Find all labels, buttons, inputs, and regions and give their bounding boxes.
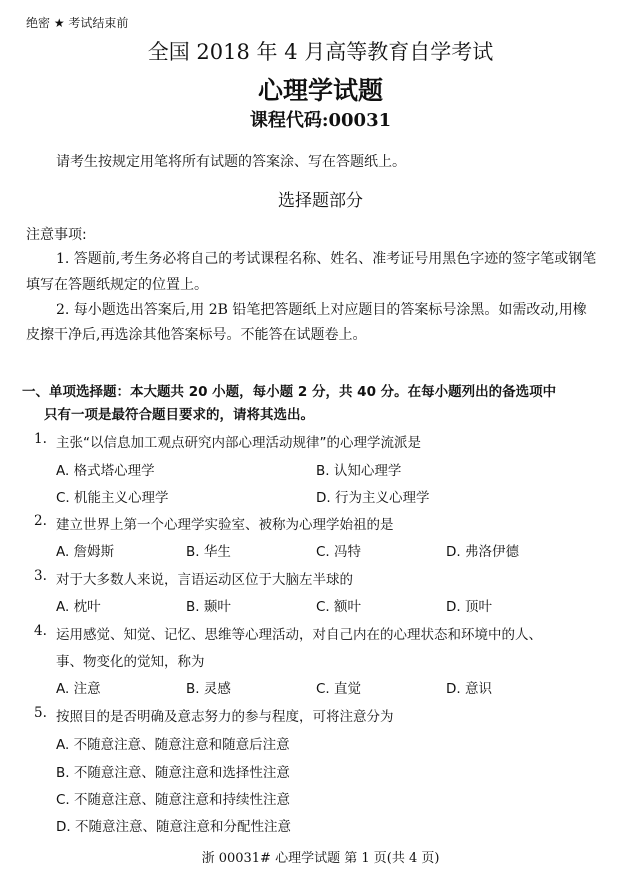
question-2-option-a: A. 詹姆斯 [56,540,114,560]
question-5-option-c: C. 不随意注意、随意注意和持续性注意 [56,788,290,808]
question-2-text: 建立世界上第一个心理学实验室、被称为心理学始祖的是 [56,513,394,533]
question-1-option-c: C. 机能主义心理学 [56,486,169,506]
question-5-option-b: B. 不随意注意、随意注意和选择性注意 [56,761,290,781]
question-4-number: 4. [34,623,47,639]
question-2-option-d: D. 弗洛伊德 [446,540,519,560]
note-2-line-1: 2. 每小题选出答案后,用 2B 铅笔把答题纸上对应题目的答案标号涂黑。如需改动… [56,299,587,319]
question-2-option-b: B. 华生 [186,540,231,560]
question-4-option-c: C. 直觉 [316,677,361,697]
question-4-option-b: B. 灵感 [186,677,231,697]
question-3-option-d: D. 顶叶 [446,595,492,615]
question-1-text: 主张“以信息加工观点研究内部心理活动规律”的心理学流派是 [56,431,421,451]
subject-title: 心理学试题 [0,71,641,107]
question-1-option-b: B. 认知心理学 [316,459,401,479]
question-2-option-c: C. 冯特 [316,540,361,560]
exam-title: 全国 2018 年 4 月高等教育自学考试 [0,36,641,66]
answer-instruction: 请考生按规定用笔将所有试题的答案涂、写在答题纸上。 [56,151,406,171]
question-1-option-a: A. 格式塔心理学 [56,459,155,479]
question-5-number: 5. [34,705,47,721]
question-5-text: 按照目的是否明确及意志努力的参与程度，可将注意分为 [56,705,394,725]
part-one-heading-line-1: 一、单项选择题：本大题共 20 小题，每小题 2 分，共 40 分。在每小题列出… [22,380,556,400]
notes-heading: 注意事项: [26,224,87,244]
question-4-option-a: A. 注意 [56,677,101,697]
question-2-number: 2. [34,513,47,529]
section-title: 选择题部分 [0,186,641,211]
note-1-line-2: 填写在答题纸规定的位置上。 [26,274,208,294]
question-3-number: 3. [34,568,47,584]
question-3-option-c: C. 额叶 [316,595,361,615]
question-4-text-line-1: 运用感觉、知觉、记忆、思维等心理活动，对自己内在的心理状态和环境中的人、 [56,623,542,643]
question-3-option-a: A. 枕叶 [56,595,101,615]
confidential-mark: 绝密 ★ 考试结束前 [26,14,128,31]
note-2-line-2: 皮擦干净后,再选涂其他答案标号。不能答在试题卷上。 [26,324,366,344]
question-5-option-d: D. 不随意注意、随意注意和分配性注意 [56,815,291,835]
question-3-option-b: B. 颞叶 [186,595,231,615]
question-4-text-line-2: 事、物变化的觉知，称为 [56,650,205,670]
question-1-number: 1. [34,431,47,447]
question-3-text: 对于大多数人来说，言语运动区位于大脑左半球的 [56,568,353,588]
question-5-option-a: A. 不随意注意、随意注意和随意后注意 [56,733,290,753]
page-footer: 浙 00031# 心理学试题 第 1 页(共 4 页) [0,847,641,866]
course-code: 课程代码:00031 [0,106,641,132]
question-4-option-d: D. 意识 [446,677,492,697]
question-1-option-d: D. 行为主义心理学 [316,486,429,506]
part-one-heading-line-2: 只有一项是最符合题目要求的，请将其选出。 [44,403,314,423]
note-1-line-1: 1. 答题前,考生务必将自己的考试课程名称、姓名、准考证号用黑色字迹的签字笔或钢… [56,248,596,268]
